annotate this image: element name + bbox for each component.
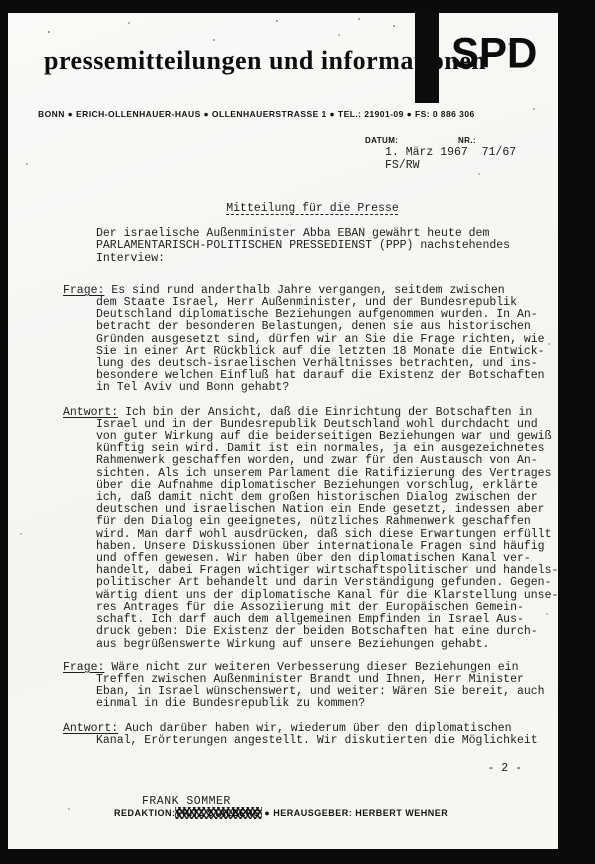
spd-logo: SPD [451,29,537,78]
redaktion-label: REDAKTION: [114,808,176,818]
bullet-separator-icon: ● [264,808,270,818]
nr-label: NR.: [458,136,476,145]
question-label: Frage: [63,661,104,674]
answer-text: Auch darüber haben wir, wiederum über de… [96,722,538,747]
ref-value: FS/RW [385,159,420,172]
question-text: Es sind rund anderthalb Jahre vergangen,… [96,284,545,395]
press-title: Mitteilung für die Presse [63,203,562,215]
page-number: - 2 - [63,763,522,775]
footer-imprint: REDAKTION:FRITZ STALBERG ● HERAUSGEBER: … [114,808,448,818]
scan-background: { "header": { "masthead": "pressemitteil… [0,0,595,864]
answer-label: Antwort: [63,406,118,419]
typed-body: Mitteilung für die Presse Der israelisch… [63,203,562,775]
answer-1: Antwort: Ich bin der Ansicht, daß die Ei… [63,407,562,651]
answer-label: Antwort: [63,722,118,735]
crossed-out-name: FRITZ STALBERG [176,808,262,818]
intro-paragraph: Der israelische Außenminister Abba EBAN … [63,228,562,265]
question-label: Frage: [63,284,104,297]
herausgeber-text: HERAUSGEBER: HERBERT WEHNER [273,808,448,818]
date-value: 1. März 1967 71/67 [385,146,516,159]
datum-label: DATUM: [365,136,398,145]
question-text: Wäre nicht zur weiteren Verbesserung die… [96,661,545,711]
answer-2: Antwort: Auch darüber haben wir, wiederu… [63,723,562,747]
document-page: pressemitteilungen und informationen SPD… [8,13,558,849]
address-line: BONN ● ERICH-OLLENHAUER-HAUS ● OLLENHAUE… [38,109,550,119]
question-2: Frage: Wäre nicht zur weiteren Verbesser… [63,662,562,711]
question-1: Frage: Es sind rund anderthalb Jahre ver… [63,285,562,395]
spd-logo-bar [415,13,439,103]
date-and-number: 1. März 1967 71/67 FS/RW [385,146,516,172]
scan-noise [8,13,10,15]
answer-text: Ich bin der Ansicht, daß die Einrichtung… [96,406,558,651]
